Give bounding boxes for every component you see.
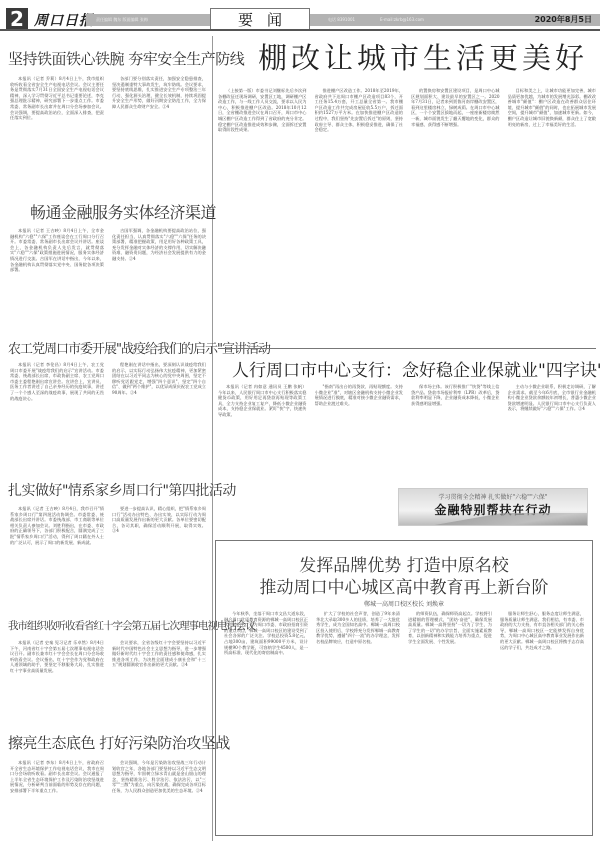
text-column: 会议强调，今年是污染防治攻坚战三年行动计划收官之年，各地各部门要坚持以习近平生态…	[112, 760, 206, 842]
paragraph: 的置换房和安置区建设项目，是周口中心城区规划面积大、建设最早的安置区之一。202…	[411, 88, 500, 127]
article-body: 本报讯（记者 李伦昌）8月4日上午，农工党周口市委开展"战疫给我们的启示"宣讲活…	[10, 362, 206, 468]
paragraph: 服务让师生舒心，服务态度让师生满意，服务质量让师生满意。我们相信，有市委、市政府…	[500, 611, 584, 650]
text-column: 推进棚户区改造工作。2018年至2019年，省政府共下达周口市棚户区改造项目83…	[315, 88, 404, 338]
text-column: 扩大了学校的社会声誉，创造了9年来清华北大录取300多人的佳绩，培养了一大批优秀…	[316, 611, 400, 831]
banner-subtitle: 学习贯彻全会精神 扎实做好"六稳""六保"	[399, 492, 587, 501]
paragraph: 主动与小微企业联系，积极走访调研，了解企业需求。截至今年6月底，全市银行业金融机…	[508, 384, 597, 412]
info-bar: 电话 8391001 E-mail:zkrb@163.com 2020年8月5日	[310, 14, 600, 26]
paragraph: 的师资队伍，确保师资高起点。学校将引进精细的管理模式，"团结·奋进"，确保发展高…	[408, 611, 492, 645]
text-column: 本报讯（记者 史秦 见习记者 乐卓然）8月4日下午，河南省红十字会第五届七次理事…	[10, 640, 104, 726]
paragraph: 今年秋季，坐落于周口市文昌大道东段，融合周口优质教育资源的郸城一高周口校区正式开…	[224, 611, 308, 656]
text-column: 本报讯（记者 李东）8月4日上午，省政府召开全省生态环境保护工作电视电话会议，我…	[10, 760, 104, 842]
masthead-rule	[0, 29, 600, 31]
article-body: 本报讯（记者 冉如意 通讯员 王鹏 张帆）今年以来，人民银行周口市中心支行积极落…	[218, 384, 596, 484]
issue-date: 2020年8月5日	[535, 14, 592, 26]
article-body: 本报讯（记者 史秦 见习记者 乐卓然）8月4日下午，河南省红十字会第五届七次理事…	[10, 640, 206, 726]
paragraph: 本报讯（记者 乔莉）8月4日上午，我市组织收听收看全省安全生产电视电话会议。会议…	[10, 76, 104, 121]
text-column: 要进一步提高认识，精心组织，把"情系家乡周口行"活动办出特色、办出实效，以实际行…	[112, 506, 206, 596]
page-number: 2	[6, 8, 28, 30]
paragraph: 本报讯（记者 王吉映）8月4日，我市召开"情系家乡周口行"第四批活动协调会。市委…	[10, 506, 104, 545]
article-body: 本报讯（记者 王吉映）8月4日上午，全市金融机构"六稳""六保"工作座谈会在工行…	[10, 228, 206, 320]
boxed-headline-line2: 推动周口中心城区高中教育再上新台阶	[216, 573, 592, 598]
article-body: 今年秋季，坐落于周口市文昌大道东段，融合周口优质教育资源的郸城一高周口校区正式开…	[224, 611, 584, 831]
great-wall-graphic	[399, 513, 587, 525]
phone-text: 电话 8391001	[328, 14, 355, 26]
text-column: 吉国军强调，各金融机构要提高政治站位，强化责任担当，认真贯彻落实"六稳""六保"…	[112, 228, 206, 320]
text-column: 的置换房和安置区建设项目，是周口中心城区规划面积大、建设最早的安置区之一。202…	[411, 88, 500, 338]
paragraph: 扩大了学校的社会声誉，创造了9年来清华北大录取300多人的佳绩，培养了一大批优秀…	[316, 611, 400, 645]
byline: 郸城一高周口校区校长 刘焕章	[216, 599, 592, 608]
article-headline: 畅通金融服务实体经济渠道	[30, 200, 230, 223]
text-column: 本报讯（记者 李伦昌）8月4日上午，农工党周口市委开展"战疫给我们的启示"宣讲活…	[10, 362, 104, 468]
text-column: 的师资队伍，确保师资高起点。学校将引进精细的管理模式，"团结·奋进"，确保发展高…	[408, 611, 492, 831]
paragraph: 会议要求，全省各级红十字会要坚持以习近平新时代中国特色社会主义思想为指导，进一步…	[112, 640, 206, 668]
lead-headline: 棚改让城市生活更美好	[258, 36, 588, 77]
masthead: 2 周口日报 责任编辑 魏东 版面编辑 张梅 要闻 电话 8391001 E-m…	[0, 0, 600, 30]
article-headline: 擦亮生态底色 打好污染防治攻坚战	[8, 732, 208, 753]
text-column: （上接第一版）市委书记刘继标先后多次到各棚改征迁现场调研，安置区工地，调研棚户区…	[218, 88, 307, 338]
article-headline: 我市组织收听收看省红十字会第五届七次理事电视电话会议	[8, 618, 208, 633]
text-column: 主动与小微企业联系，积极走访调研，了解企业需求。截至今年6月底，全市银行业金融机…	[508, 384, 597, 484]
text-column: 目标和美之上，让城市功能更加完善，城市品质更加优越，为城市的发展增光添彩。棚改改…	[508, 88, 597, 338]
paragraph: 推进棚户区改造工作。2018年至2019年，省政府共下达周口市棚户区改造项目83…	[315, 88, 404, 133]
article-headline: 人行周口市中心支行：念好稳企业保就业"四字诀"	[232, 356, 600, 381]
paragraph: 本报讯（记者 李东）8月4日上午，省政府召开全省生态环境保护工作电视电话会议，我…	[10, 760, 104, 794]
text-column: 本报讯（记者 王吉映）8月4日，我市召开"情系家乡周口行"第四批活动协调会。市委…	[10, 506, 104, 596]
text-column: 本报讯（记者 王吉映）8月4日上午，全市金融机构"六稳""六保"工作座谈会在工行…	[10, 228, 104, 320]
paragraph: 本报讯（记者 史秦 见习记者 乐卓然）8月4日下午，河南省红十字会第五届七次理事…	[10, 640, 104, 674]
text-column: "指南"再出台的再贷款、再贴现额度。支持小微企业"准"，对辖区金融机构支持小微企…	[315, 384, 404, 484]
paragraph: 吉国军强调，各金融机构要提高政治站位，强化责任担当，认真贯彻落实"六稳""六保"…	[112, 228, 206, 262]
article-headline: 扎实做好"情系家乡周口行"第四批活动	[8, 480, 208, 500]
lead-article-body: （上接第一版）市委书记刘继标先后多次到各棚改征迁现场调研，安置区工地，调研棚户区…	[218, 88, 596, 338]
campaign-banner: 学习贯彻全会精神 扎实做好"六稳""六保" 金融特别帮扶在行动	[398, 488, 588, 526]
paragraph: "指南"再出台的再贷款、再贴现额度。支持小微企业"准"，对辖区金融机构支持小微企…	[315, 384, 404, 406]
text-column: 服务让师生舒心，服务态度让师生满意，服务质量让师生满意。我们相信，有市委、市政府…	[500, 611, 584, 831]
paragraph: 会议强调，今年是污染防治攻坚战三年行动计划收官之年，各地各部门要坚持以习近平生态…	[112, 760, 206, 794]
paragraph: 本报讯（记者 李伦昌）8月4日上午，农工党周口市委开展"战疫给我们的启示"宣讲活…	[10, 362, 104, 401]
section-title: 要闻	[211, 9, 309, 31]
text-column: 本报讯（记者 乔莉）8月4日上午，我市组织收听收看全省安全生产电视电话会议。会议…	[10, 76, 104, 176]
text-column: 今年秋季，坐落于周口市文昌大道东段，融合周口优质教育资源的郸城一高周口校区正式开…	[224, 611, 308, 831]
article-headline: 坚持铁面铁心铁腕 夯牢安全生产防线	[8, 48, 208, 69]
section-divider	[218, 348, 596, 349]
article-body: 本报讯（记者 李东）8月4日上午，省政府召开全省生态环境保护工作电视电话会议，我…	[10, 760, 206, 842]
paragraph: 本报讯（记者 王吉映）8月4日上午，全市金融机构"六稳""六保"工作座谈会在工行…	[10, 228, 104, 273]
text-column: 程艳刚在讲话中指出，要深刻认识战疫给我们的启示，以实际行动弘扬伟大抗疫精神，更加…	[112, 362, 206, 468]
text-column: 各部门要分别落实责任，加强安全隐患排查，坚决遏制重特大事故发生，筑牢防线。会议要…	[112, 76, 206, 176]
article-body: 本报讯（记者 王吉映）8月4日，我市召开"情系家乡周口行"第四批活动协调会。市委…	[10, 506, 206, 596]
editors-bar: 责任编辑 魏东 版面编辑 张梅	[86, 14, 210, 26]
column-divider	[212, 36, 213, 841]
paragraph: 保市场主体。该行积极推广"快贷"等线上信贷产品。贷款市场报价利率（LPR）改革后…	[411, 384, 500, 406]
email-text: E-mail:zkrb@163.com	[380, 14, 424, 26]
paragraph: 要进一步提高认识，精心组织，把"情系家乡周口行"活动办出特色、办出实效，以实际行…	[112, 506, 206, 534]
section-tab: 要闻	[210, 8, 310, 30]
text-column: 本报讯（记者 冉如意 通讯员 王鹏 张帆）今年以来，人民银行周口市中心支行积极落…	[218, 384, 307, 484]
text-column: 保市场主体。该行积极推广"快贷"等线上信贷产品。贷款市场报价利率（LPR）改革后…	[411, 384, 500, 484]
text-column: 会议要求，全省各级红十字会要坚持以习近平新时代中国特色社会主义思想为指导，进一步…	[112, 640, 206, 726]
article-body: 本报讯（记者 乔莉）8月4日上午，我市组织收听收看全省安全生产电视电话会议。会议…	[10, 76, 206, 176]
paper-name-logo: 周口日报	[34, 10, 94, 30]
paragraph: 本报讯（记者 冉如意 通讯员 王鹏 张帆）今年以来，人民银行周口市中心支行积极落…	[218, 384, 307, 418]
paragraph: 目标和美之上，让城市功能更加完善，城市品质更加优越，为城市的发展增光添彩。棚改改…	[508, 88, 597, 127]
paragraph: （上接第一版）市委书记刘继标先后多次到各棚改征迁现场调研，安置区工地，调研棚户区…	[218, 88, 307, 133]
article-headline: 农工党周口市委开展"战疫给我们的启示"宣讲活动	[8, 338, 208, 357]
paragraph: 各部门要分别落实责任，加强安全隐患排查，坚决遏制重特大事故发生，筑牢防线。会议要…	[112, 76, 206, 110]
paragraph: 程艳刚在讲话中指出，要深刻认识战疫给我们的启示，以实际行动弘扬伟大抗疫精神，更加…	[112, 362, 206, 396]
boxed-article: 发挥品牌优势 打造中原名校 推动周口中心城区高中教育再上新台阶 郸城一高周口校区…	[215, 540, 593, 836]
